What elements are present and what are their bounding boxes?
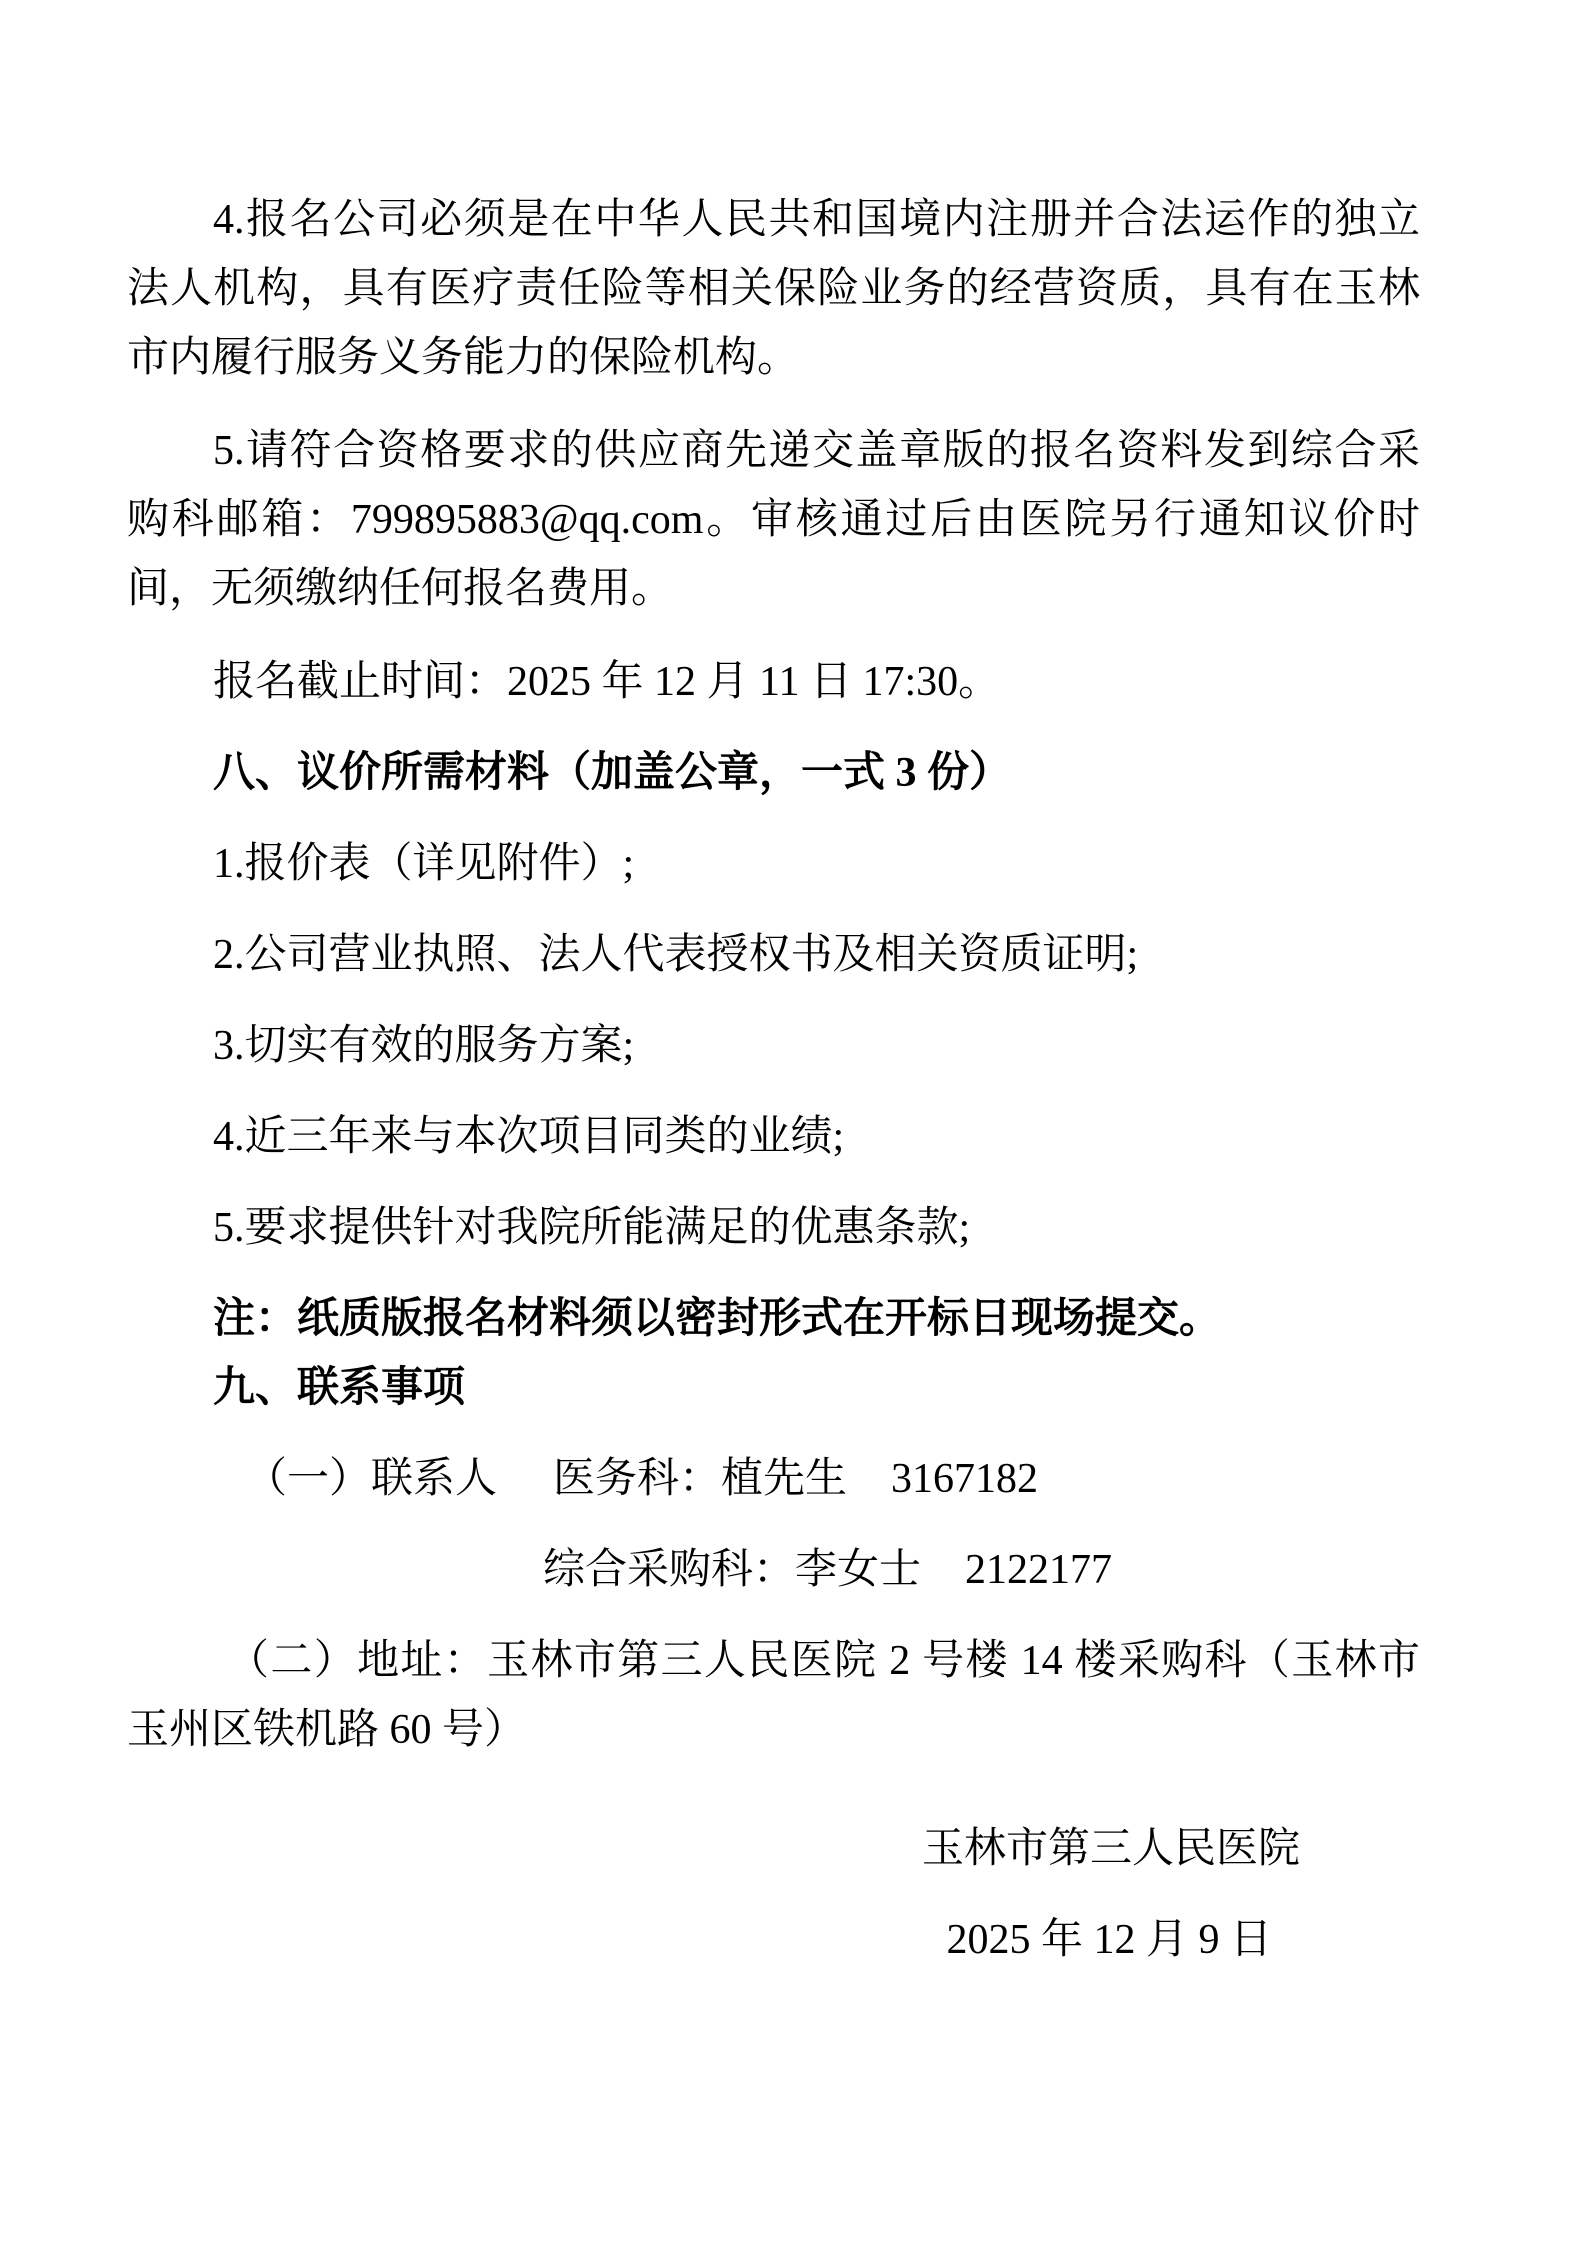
contact-row-2: 综合采购科：李女士2122177	[127, 1536, 1420, 1605]
material-item-3: 3.切实有效的服务方案;	[127, 1012, 1420, 1081]
deadline-line: 报名截止时间：2025 年 12 月 11 日 17:30。	[127, 648, 1420, 717]
contact-2-department: 综合采购科：李女士	[543, 1547, 921, 1593]
contact-row-1: （一）联系人医务科：植先生3167182	[127, 1445, 1420, 1514]
document-page: 4.报名公司必须是在中华人民共和国境内注册并合法运作的独立法人机构，具有医疗责任…	[0, 0, 1587, 2245]
section-8-heading: 八、议价所需材料（加盖公章，一式 3 份）	[127, 739, 1420, 808]
address-paragraph: （二）地址：玉林市第三人民医院 2 号楼 14 楼采购科（玉林市玉州区铁机路 6…	[127, 1627, 1420, 1765]
contact-2-phone: 2122177	[965, 1547, 1112, 1593]
note-line: 注：纸质版报名材料须以密封形式在开标日现场提交。	[127, 1285, 1420, 1354]
section-9-heading: 九、联系事项	[127, 1354, 1420, 1423]
signature-organization: 玉林市第三人民医院	[127, 1815, 1420, 1884]
signature-date: 2025 年 12 月 9 日	[127, 1906, 1420, 1975]
material-item-1: 1.报价表（详见附件）;	[127, 830, 1420, 899]
clause-4-paragraph: 4.报名公司必须是在中华人民共和国境内注册并合法运作的独立法人机构，具有医疗责任…	[127, 186, 1420, 393]
contact-1-label: （一）联系人	[245, 1456, 497, 1502]
material-item-4: 4.近三年来与本次项目同类的业绩;	[127, 1103, 1420, 1172]
material-item-2: 2.公司营业执照、法人代表授权书及相关资质证明;	[127, 921, 1420, 990]
material-item-5: 5.要求提供针对我院所能满足的优惠条款;	[127, 1194, 1420, 1263]
contact-1-phone: 3167182	[891, 1456, 1038, 1502]
contact-1-department: 医务科：植先生	[553, 1456, 847, 1502]
clause-5-paragraph: 5.请符合资格要求的供应商先递交盖章版的报名资料发到综合采购科邮箱：799895…	[127, 417, 1420, 624]
